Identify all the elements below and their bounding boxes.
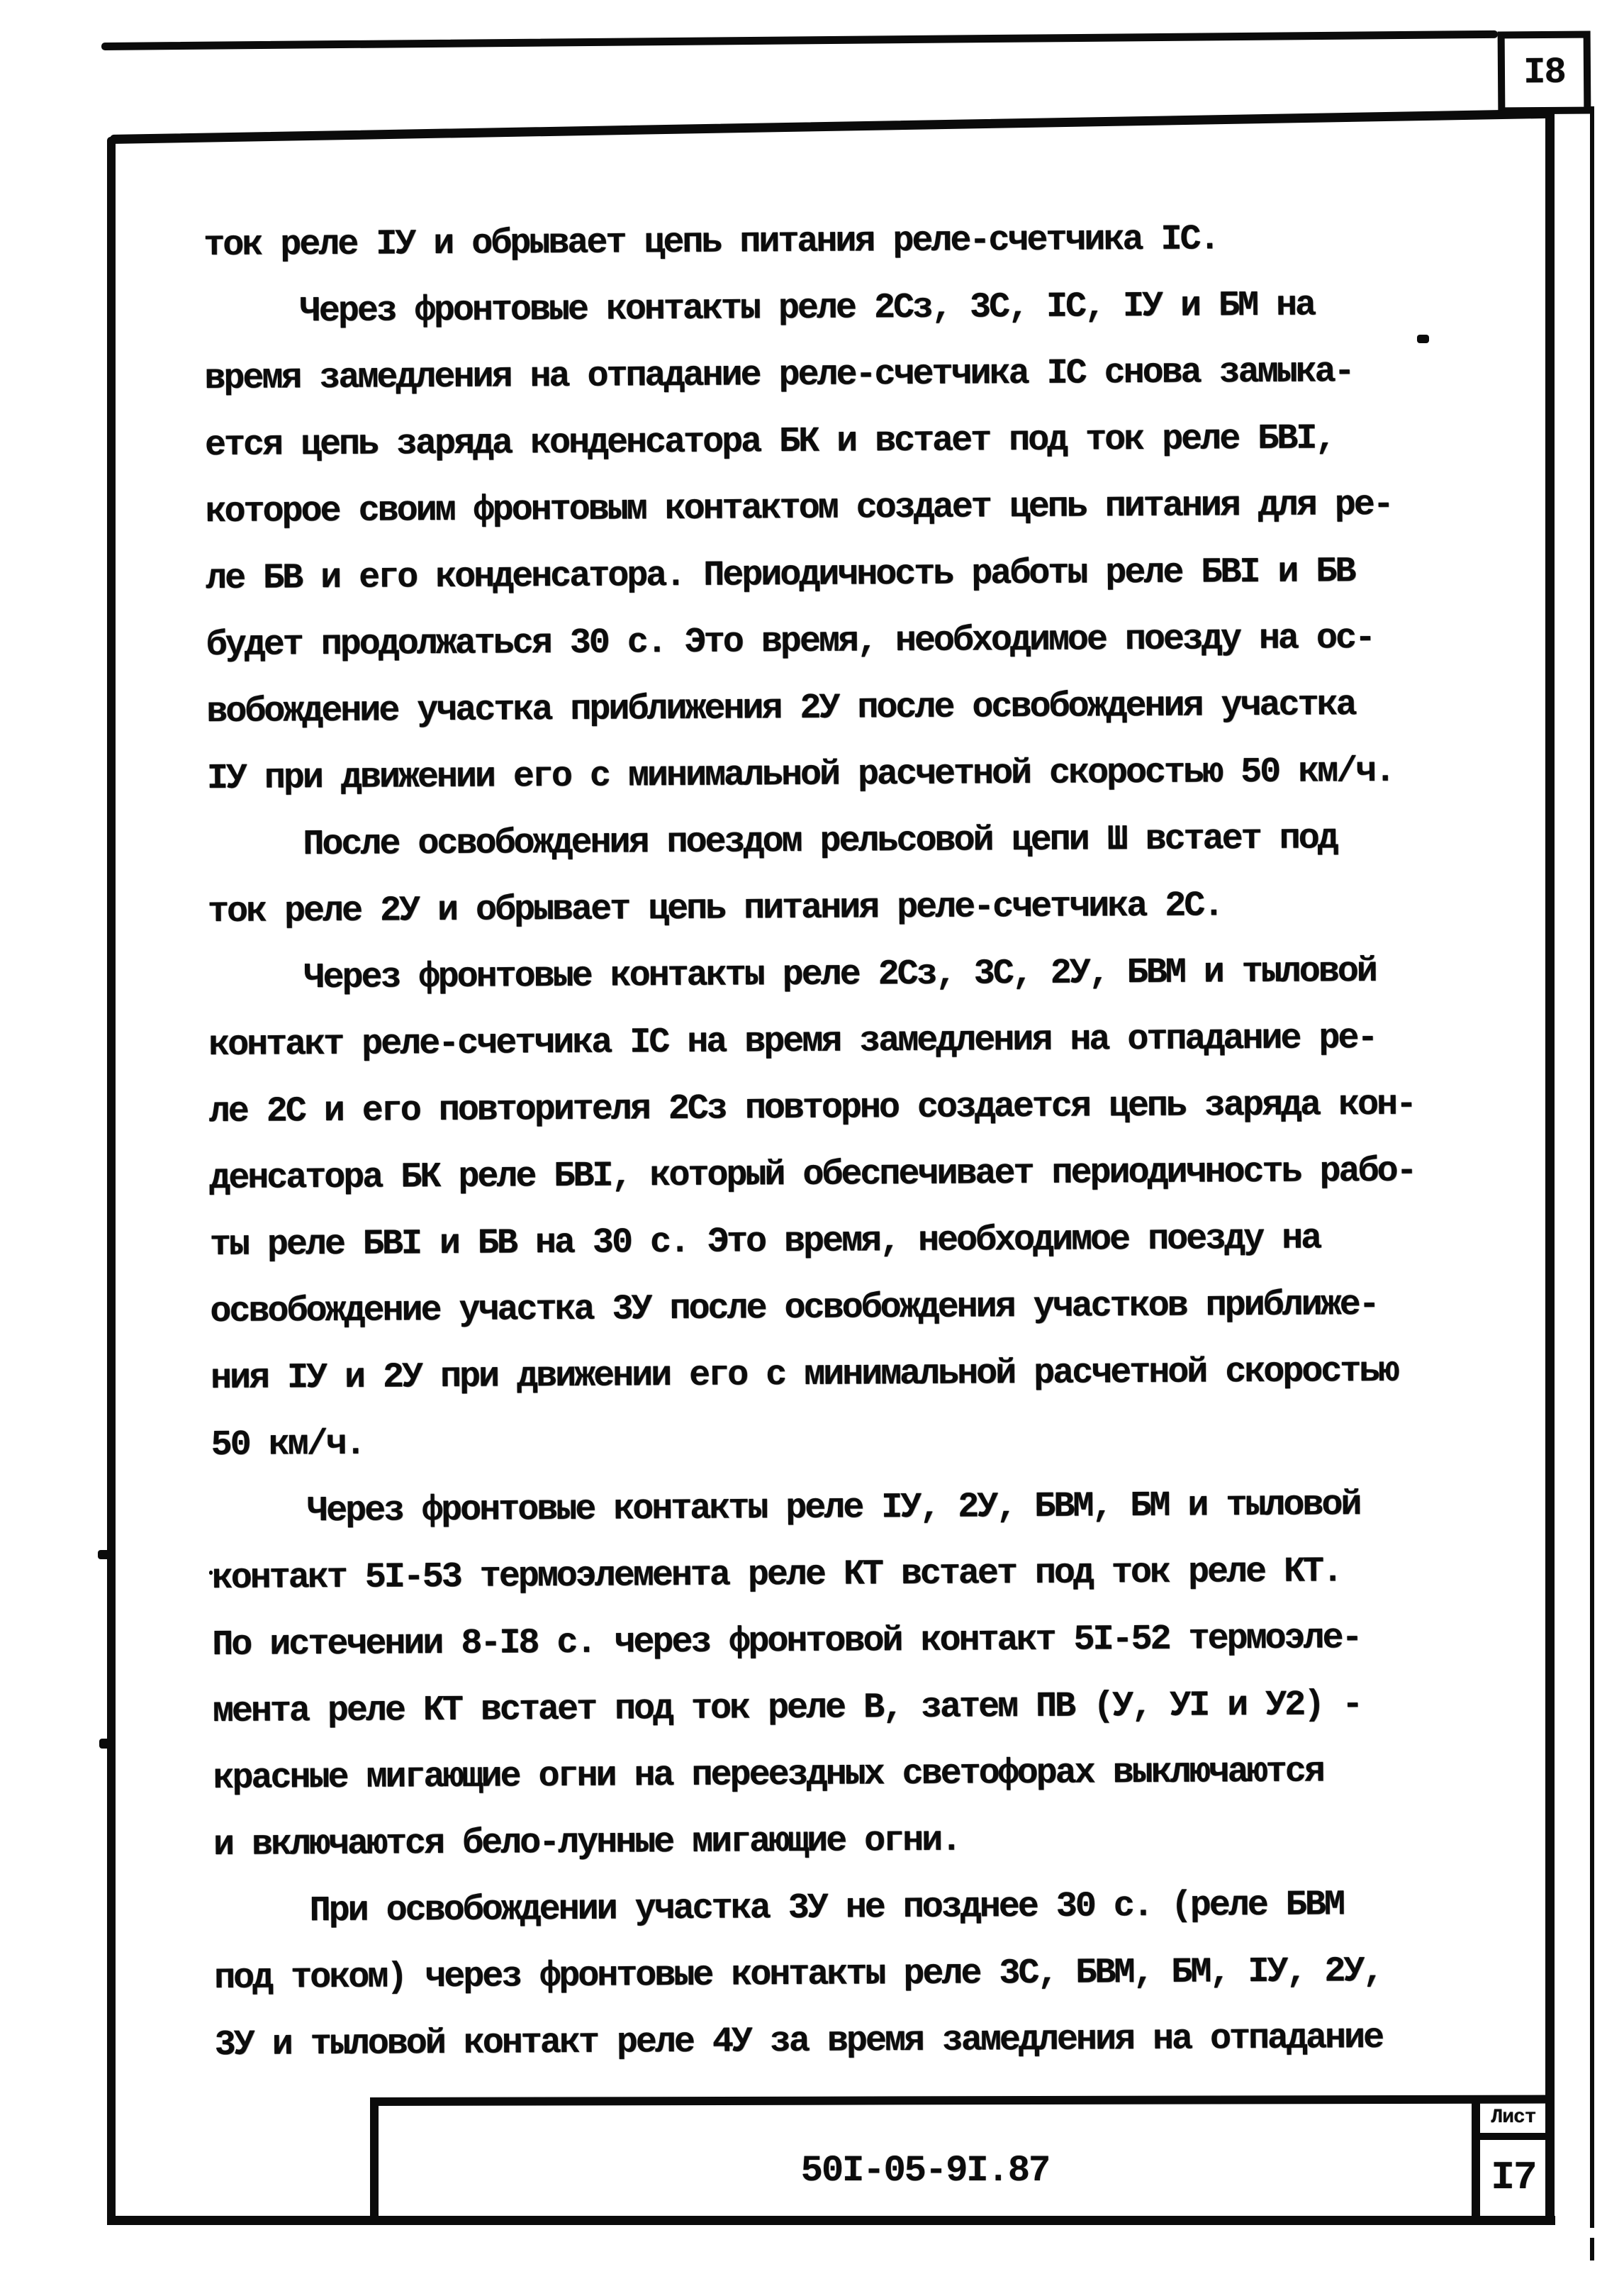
text-line: мента реле КТ встает под ток реле В, зат… (213, 1671, 1461, 1746)
text-line: ле БВ и его конденсатора. Периодичность … (206, 538, 1454, 613)
text-line: Через фронтовые контакты реле 2Сз, 3С, I… (204, 272, 1452, 346)
text-line: будет продолжаться 30 с. Это время, необ… (206, 605, 1454, 679)
text-line: По истечении 8-I8 с. через фронтовой кон… (212, 1605, 1460, 1679)
text-line: под током) через фронтовые контакты реле… (214, 1938, 1462, 2012)
outer-right-rule-segment (1590, 2238, 1594, 2260)
scan-artifact (1417, 335, 1429, 343)
frame-bottom-border (107, 2216, 1555, 2225)
text-line: время замедления на отпадание реле-счетч… (204, 338, 1452, 413)
text-line: и включаются бело-лунные мигающие огни. (213, 1805, 1462, 1879)
scan-artifact (99, 1739, 112, 1749)
text-line: ния IУ и 2У при движении его с минимальн… (211, 1338, 1459, 1412)
text-line: контакт 5I-53 термоэлемента реле КТ вста… (211, 1538, 1460, 1612)
scanned-document-page: I8 ток реле IУ и обрывает цепь питания р… (0, 0, 1624, 2269)
sheet-number: I7 (1482, 2140, 1545, 2215)
page-number: I8 (1523, 52, 1565, 94)
top-rule (101, 30, 1498, 50)
text-line: Через фронтовые контакты реле IУ, 2У, БВ… (211, 1471, 1460, 1546)
frame-right-border (1545, 108, 1555, 2225)
sheet-label: Лист (1482, 2102, 1545, 2134)
title-block-top-border (370, 2095, 1554, 2106)
text-line: освобождение участка 3У после освобожден… (210, 1271, 1458, 1346)
document-number: 50I-05-9I.87 (379, 2136, 1472, 2207)
text-line: 3У и тыловой контакт реле 4У за время за… (215, 2005, 1463, 2079)
text-line: вобождение участка приближения 2У после … (206, 671, 1455, 746)
scan-artifact (98, 1550, 112, 1559)
title-block-vertical-divider (1472, 2095, 1480, 2219)
scan-artifact (209, 1571, 213, 1575)
frame-top-border (110, 109, 1553, 144)
text-line: 50 км/ч. (211, 1405, 1459, 1479)
text-line: ле 2С и его повторителя 2Сз повторно соз… (208, 1071, 1457, 1146)
title-block-left-border (370, 2097, 379, 2219)
text-line: ты реле БВI и БВ на 30 с. Это время, нео… (210, 1205, 1458, 1279)
text-line: красные мигающие огни на переездных свет… (213, 1738, 1461, 1812)
text-line: После освобождения поездом рельсовой цеп… (207, 805, 1455, 879)
text-line: IУ при движении его с минимальной расчет… (207, 738, 1455, 813)
text-line: ется цепь заряда конденсатора БК и встае… (205, 405, 1453, 479)
text-line: денсатора БК реле БВI, который обеспечив… (209, 1138, 1457, 1212)
text-line: ток реле IУ и обрывает цепь питания реле… (203, 205, 1452, 279)
page-number-box: I8 (1498, 31, 1591, 115)
text-line: Через фронтовые контакты реле 2Сз, 3С, 2… (208, 938, 1456, 1013)
text-line: ток реле 2У и обрывает цепь питания реле… (208, 871, 1456, 946)
text-line: которое своим фронтовым контактом создае… (205, 472, 1453, 546)
outer-right-rule (1590, 106, 1594, 2228)
text-body: ток реле IУ и обрывает цепь питания реле… (203, 205, 1462, 2079)
text-line: При освобождении участка 3У не позднее 3… (213, 1871, 1462, 1946)
frame-left-border (107, 137, 116, 2225)
text-line: контакт реле-счетчика IС на время замедл… (208, 1005, 1457, 1079)
